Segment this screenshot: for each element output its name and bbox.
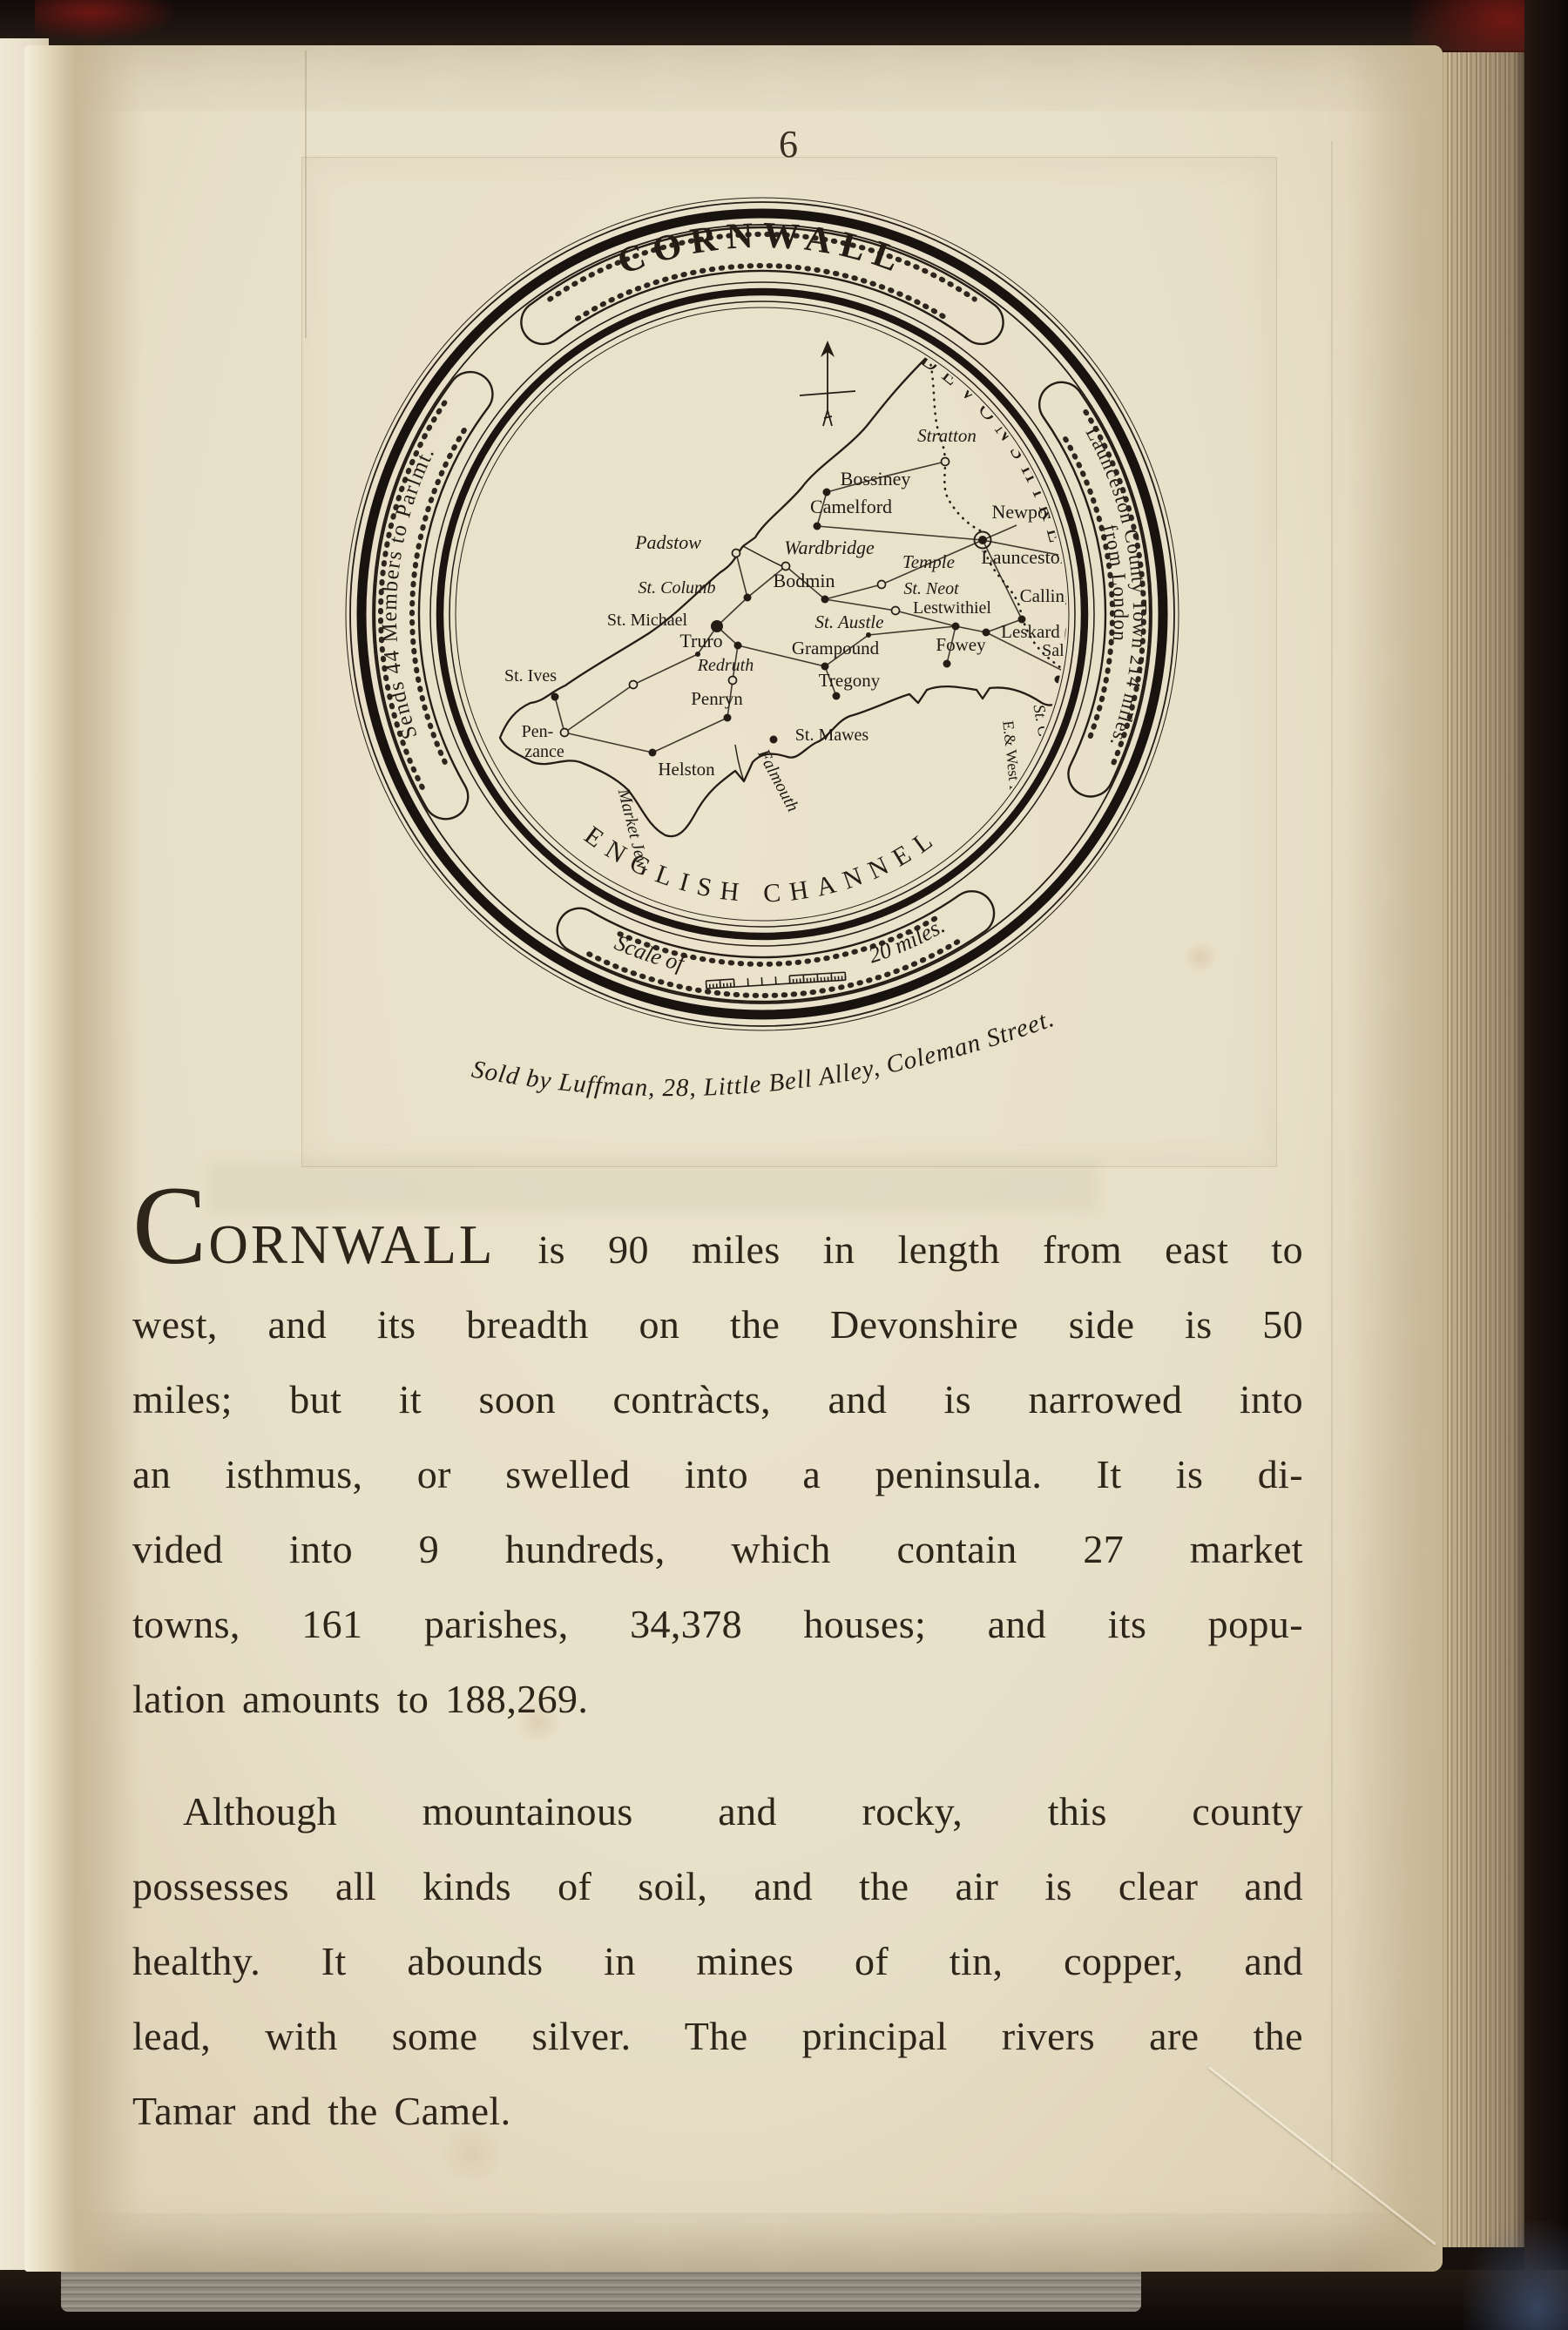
compass-north-arrow-icon (800, 341, 855, 426)
town-label: St. Neot (903, 579, 959, 598)
town-dot (821, 596, 829, 604)
text-line: vided into 9 hundreds, which contain 27 … (132, 1512, 1303, 1587)
text-line: possesses all kinds of soil, and the air… (132, 1849, 1303, 1924)
text-line: Although mountainous and rocky, this cou… (132, 1774, 1303, 1849)
town-dot (729, 677, 737, 685)
svg-text:ST. GEORGES CHANNEL: ST. GEORGES CHANNEL (431, 264, 787, 589)
town-label: Bossiney (841, 468, 911, 490)
paragraph-cornwall-stats: CORNWALL is 90 miles in length from east… (132, 1212, 1303, 1737)
book-page: 6 (24, 45, 1443, 2272)
book-cover-top-edge (0, 0, 1568, 51)
small-caps-word: ORNWALL (208, 1214, 495, 1275)
text-line: CORNWALL is 90 miles in length from east… (132, 1212, 1303, 1287)
town-label: Padstow (634, 531, 701, 553)
road-line (717, 598, 747, 626)
town-label: Leskard (1001, 621, 1060, 642)
page-edges-stack (1439, 52, 1526, 2247)
town-dot (630, 681, 638, 689)
ink-bleed-through (209, 1162, 1098, 1212)
town-label: Temple (902, 551, 955, 572)
scale-bar-icon (706, 972, 845, 989)
text-line: an isthmus, or swelled into a peninsula.… (132, 1437, 1303, 1512)
town-label: St. Austle (815, 611, 884, 632)
town-dot (733, 550, 740, 557)
town-dot (551, 693, 559, 701)
town-label: St. Mawes (795, 726, 869, 745)
towns: StrattonBossineyCamelfordNewportLauncest… (504, 425, 1098, 871)
town-dot (744, 594, 752, 602)
road-line (555, 697, 564, 733)
road-line (633, 654, 698, 685)
town-dot (878, 581, 886, 589)
book-scan: { "page": { "number": "6" }, "map": { "t… (0, 0, 1568, 2330)
town-label: St. Michael (607, 611, 688, 630)
town-dot (942, 458, 950, 466)
paper-crease (1331, 141, 1333, 2171)
cornwall-map: CORNWALL Sends 44 Members to Parlmt. Lau… (327, 179, 1198, 1102)
book-cover-right (1524, 0, 1568, 2330)
road-line (652, 718, 727, 753)
text-run: is 90 miles in length from east to (495, 1227, 1303, 1272)
town-dot (561, 729, 569, 737)
road-line (564, 685, 633, 733)
text-line: west, and its breadth on the Devonshire … (132, 1287, 1303, 1362)
road-line (825, 599, 896, 611)
town-dot (943, 660, 951, 668)
text-line: healthy. It abounds in mines of tin, cop… (132, 1924, 1303, 1999)
town-label: Truro (679, 630, 722, 652)
town-label: Pen-zance (522, 722, 564, 761)
marbled-cover-corner-left (35, 0, 174, 40)
town-dot (649, 749, 657, 757)
town-label: Camelford (810, 496, 892, 517)
town-label: Stratton (917, 425, 977, 446)
town-label: Bodmin (774, 570, 835, 591)
town-dot (770, 736, 778, 744)
town-label: Wardbridge (784, 537, 875, 558)
town-label: Helston (658, 759, 715, 780)
cover-corner-sheen (1463, 2221, 1568, 2330)
town-label: Fowey (936, 634, 986, 655)
page-number: 6 (732, 122, 845, 166)
page-edge-shadow (1347, 45, 1443, 2272)
town-dot (833, 692, 841, 700)
town-dot (734, 642, 742, 650)
town-label: Tregony (819, 670, 881, 691)
sea-label-st-georges-channel: ST. GEORGES CHANNEL (431, 264, 787, 589)
road-line (956, 626, 986, 632)
town-dot (724, 714, 732, 722)
town-label: St. Columb (639, 578, 716, 598)
text-line: lead, with some silver. The principal ri… (132, 1999, 1303, 2074)
drop-cap: C (132, 1164, 208, 1287)
town-dot (952, 623, 960, 631)
text-line: Tamar and the Camel. (132, 2074, 1303, 2149)
road-line (736, 553, 747, 598)
paragraph-cornwall-description: Although mountainous and rocky, this cou… (132, 1774, 1303, 2149)
town-label: Lestwithiel (913, 598, 991, 618)
town-label: Penryn (691, 688, 743, 709)
town-dot (892, 607, 900, 615)
town-label: Grampound (792, 638, 880, 658)
town-dot (814, 523, 821, 530)
town-label: Redruth (697, 656, 754, 675)
text-line: towns, 161 parishes, 34,378 houses; and … (132, 1587, 1303, 1662)
town-label: St. Ives (504, 666, 557, 685)
gutter-shadow (24, 45, 142, 2272)
text-line: miles; but it soon contràcts, and is nar… (132, 1362, 1303, 1437)
text-line: lation amounts to 188,269. (132, 1662, 1303, 1737)
road-line (564, 733, 652, 753)
